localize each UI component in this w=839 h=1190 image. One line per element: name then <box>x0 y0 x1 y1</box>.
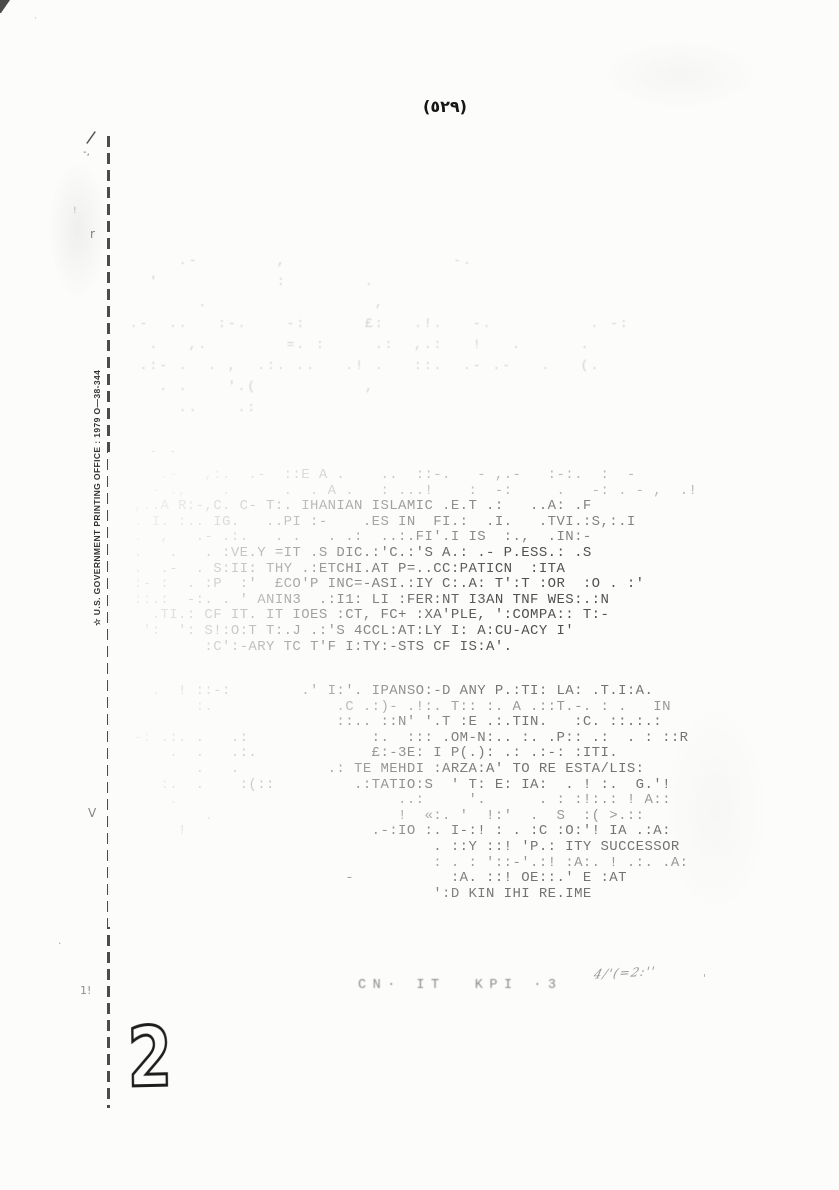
text-line: ,..A R:-,C. C- T:. IHANIAN ISLAMIC .E.T … <box>134 499 697 515</box>
text-line: . , .- .:. . . . .: ..:.FI'.I IS :., .IN… <box>134 530 697 546</box>
pencil-mark: . <box>58 934 62 947</box>
pencil-mark: / <box>85 128 97 149</box>
text-line: .- ,:. .- ::E A . .. ::-. - ,.- :-:. : - <box>134 468 697 484</box>
text-line: -: .:. . .: :. ::: .OM-N:.. :. .P:: .: .… <box>134 731 689 747</box>
pencil-mark: V <box>88 806 96 820</box>
text-line: . ..: '. . : :!:.: ! A:: <box>134 793 689 809</box>
footer-handwritten-note: 4/'(=2:'' <box>592 964 657 981</box>
text-line: ::.: -:. . ' ANIN3 .:I1: LI :FER:NT I3AN… <box>134 593 697 609</box>
text-line: - ., . . . A . : ...! : -: . -: . - , .! <box>134 484 697 500</box>
big-page-numeral: 2 <box>127 1017 173 1100</box>
pencil-mark: ' <box>703 972 706 985</box>
text-line: . I. :.. IG. ..PI :- .ES IN FI.: .I. .TV… <box>134 515 697 531</box>
text-line: :C':-ARY TC T'F I:TY:-STS CF IS:A'. <box>134 640 697 656</box>
pencil-mark: ! <box>73 206 77 216</box>
text-line: .:- . . , .:. .. .! . ::. .- .- . (. <box>120 355 630 376</box>
scan-corner-blot <box>0 0 10 13</box>
pencil-mark: -, <box>83 147 90 158</box>
ghost-text-block: .- , -. ' : . . , .- .. :-. -: £: .!. -.… <box>120 250 630 460</box>
text-line: . .- . S:II: THY .:ETCHI.AT P=..CC:PATIC… <box>134 562 697 578</box>
pencil-mark: 1! <box>80 984 91 997</box>
text-line: ': ': S!:O:T T:.J .:'S 4CCL:AT:LY I: A:C… <box>134 624 697 640</box>
paragraph-block-2: . ! ::-: .' I:'. IPANSO:-D ANY P.:TI: LA… <box>134 684 689 902</box>
margin-dashed-line <box>107 136 110 1108</box>
text-line: ':D KIN IHI RE.IME <box>134 887 689 903</box>
paper-stain <box>48 160 108 300</box>
text-line: ! .-:IO :. I-:! : . :C :O:'! IA .:A: <box>134 824 689 840</box>
paper-stain <box>600 40 760 110</box>
text-line: .- , -. <box>120 250 630 271</box>
text-line: ::.. ::N' '.T :E .:.TIN. :C. ::.:.: <box>134 715 689 731</box>
text-line: . ! «:. ' !:' . S :( >.:: <box>134 809 689 825</box>
gpo-imprint-vertical: ☆ U.S. GOVERNMENT PRINTING OFFICE : 1979… <box>90 382 104 626</box>
scanned-document-page: (٥٢٩) ☆ U.S. GOVERNMENT PRINTING OFFICE … <box>0 0 839 1190</box>
text-line: .. .: <box>120 397 630 418</box>
text-line: . . . :VE.Y =IT .S DIC.:'C.:'S A.: .- P.… <box>134 546 697 562</box>
paragraph-block-1: .- ,:. .- ::E A . .. ::-. - ,.- :-:. : -… <box>134 468 697 655</box>
text-line: :. .C .:)- .!:. T:: :. A .::T.-. : . IN <box>134 700 689 716</box>
footer-stamp: CN· IT KPI ·3 <box>358 978 562 993</box>
text-line: . , <box>120 292 630 313</box>
pencil-mark: r <box>90 227 95 241</box>
text-line: . ,. =. : .: ,.: ! . . <box>120 334 630 355</box>
text-line <box>120 418 630 439</box>
text-line: ' : . <box>120 271 630 292</box>
text-line: :. . :(:: .:TATIO:S ' T: E: IA: . ! :. G… <box>134 778 689 794</box>
text-line: . . <box>120 439 630 460</box>
text-line: - :A. ::! OE::.' E :AT <box>134 871 689 887</box>
arabic-page-number: (٥٢٩) <box>380 97 510 116</box>
text-line: . ! ::-: .' I:'. IPANSO:-D ANY P.:TI: LA… <box>134 684 689 700</box>
text-line: : . : '::-'.:! :A:. ! .:. .A: <box>134 856 689 872</box>
pencil-mark: · <box>34 14 37 24</box>
text-line: .- .. :-. -: £: .!. -. . -: <box>120 313 630 334</box>
text-line: . ::Y ::! 'P.: ITY SUCCESSOR <box>134 840 689 856</box>
text-line: . . .:. £:-3E: I P(.): .: .:-: :ITI. <box>134 746 689 762</box>
text-line: .TI.: CF IT. IT IOES :CT, FC+ :XA'PLE, '… <box>134 608 697 624</box>
text-line: . . '.( , <box>120 376 630 397</box>
text-line: :- : . :P :' £CO'P INC=-ASI.:IY C:.A: T'… <box>134 577 697 593</box>
text-line: . . .: TE MEHDI :ARZA:A' TO RE ESTA/LIS: <box>134 762 689 778</box>
